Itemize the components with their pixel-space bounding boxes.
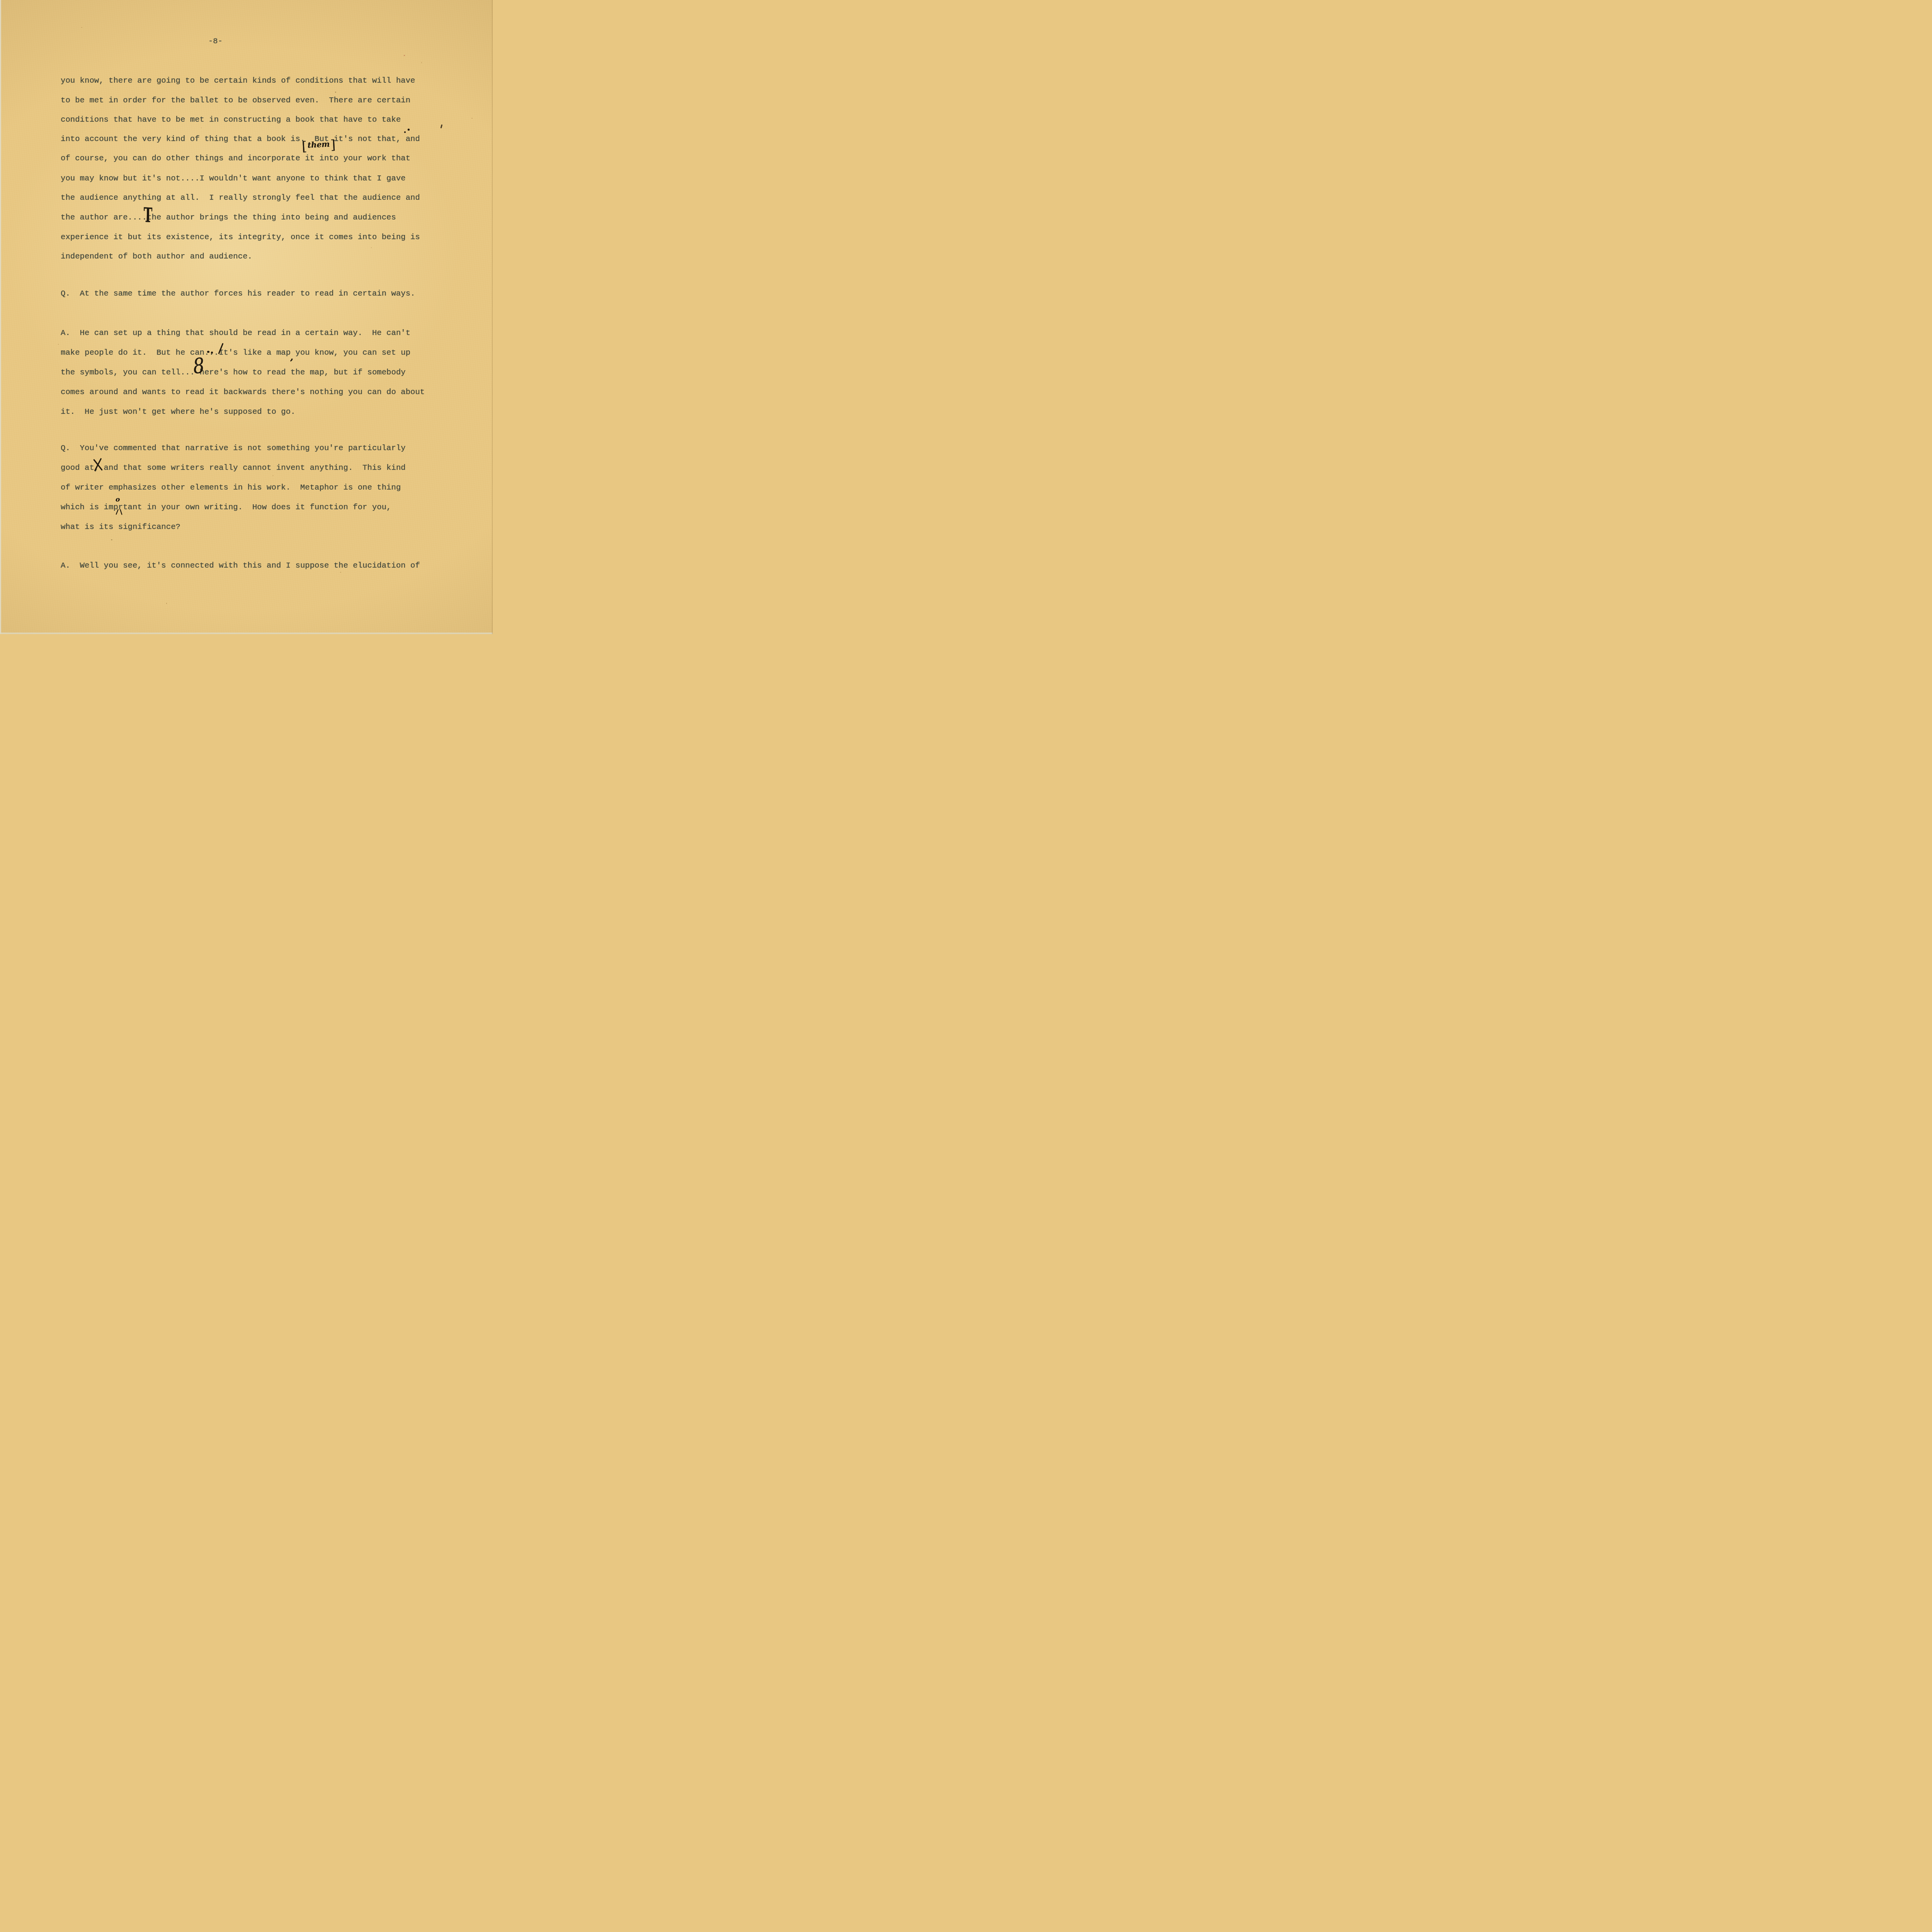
caret-stroke xyxy=(116,509,119,515)
paper-speck xyxy=(421,62,422,63)
typed-line: the audience anything at all. I really s… xyxy=(61,194,420,202)
paper-speck xyxy=(371,247,372,248)
paper-speck xyxy=(471,118,473,119)
handwritten-close-bracket: ] xyxy=(330,138,336,151)
handwritten-capital-t: T xyxy=(143,205,152,226)
handwritten-x-mark xyxy=(93,457,104,472)
handwritten-loop-mark: 8 xyxy=(192,355,206,377)
stray-pen-mark xyxy=(440,124,442,128)
scan-edge-right xyxy=(492,0,493,634)
typed-line: of course, you can do other things and i… xyxy=(61,155,410,163)
handwritten-ink-dot xyxy=(404,131,406,133)
typed-line: conditions that have to be met in constr… xyxy=(61,116,401,124)
typed-line: what is its significance? xyxy=(61,523,180,532)
typed-line: independent of both author and audience. xyxy=(61,253,252,261)
typed-line: it. He just won't get where he's suppose… xyxy=(61,408,296,417)
handwritten-insertion-word: them xyxy=(306,140,331,151)
paper-speck xyxy=(335,92,336,93)
typewritten-page: -8- you know, there are going to be cert… xyxy=(0,0,493,634)
typed-line: which is imprtant in your own writing. H… xyxy=(61,503,391,512)
typed-line: you may know but it's not....I wouldn't … xyxy=(61,175,406,183)
paper-speck xyxy=(166,603,167,604)
handwritten-comma: , xyxy=(290,352,294,362)
handwritten-letter-o: o xyxy=(116,497,120,503)
caret-stroke xyxy=(120,509,122,515)
handwritten-caret xyxy=(116,509,122,516)
paper-speck xyxy=(81,27,82,28)
typed-line: the symbols, you can tell... here's how … xyxy=(61,369,406,377)
paper-speck xyxy=(111,539,112,540)
typed-line: of writer emphasizes other elements in h… xyxy=(61,484,401,492)
paper-speck xyxy=(58,344,59,345)
paper-speck xyxy=(340,572,341,573)
handwritten-insertion-them: [ them ] xyxy=(301,138,336,153)
scan-edge-left xyxy=(0,0,1,634)
paper-speck xyxy=(272,475,274,476)
typed-line: make people do it. But he can...It's lik… xyxy=(61,349,410,357)
handwritten-ink-dot xyxy=(408,129,410,131)
typed-line: you know, there are going to be certain … xyxy=(61,77,415,85)
page-number: -8- xyxy=(208,37,223,46)
scan-edge-bottom xyxy=(0,633,493,634)
handwritten-ink-dot xyxy=(207,351,209,353)
typed-line: A. Well you see, it's connected with thi… xyxy=(61,562,420,570)
typed-line: to be met in order for the ballet to be … xyxy=(61,97,410,105)
typed-line: the author are....the author brings the … xyxy=(61,214,396,222)
typed-line: experience it but its existence, its int… xyxy=(61,233,420,242)
typed-line: A. He can set up a thing that should be … xyxy=(61,329,410,338)
paper-speck xyxy=(201,128,202,128)
typed-line: comes around and wants to read it backwa… xyxy=(61,388,425,397)
typed-line: good at, and that some writers really ca… xyxy=(61,464,406,473)
typed-line: Q. At the same time the author forces hi… xyxy=(61,290,415,298)
typed-line: into account the very kind of thing that… xyxy=(61,135,420,144)
typed-line: Q. You've commented that narrative is no… xyxy=(61,444,406,453)
paper-speck xyxy=(404,55,405,56)
handwritten-ink-dot xyxy=(211,352,213,354)
